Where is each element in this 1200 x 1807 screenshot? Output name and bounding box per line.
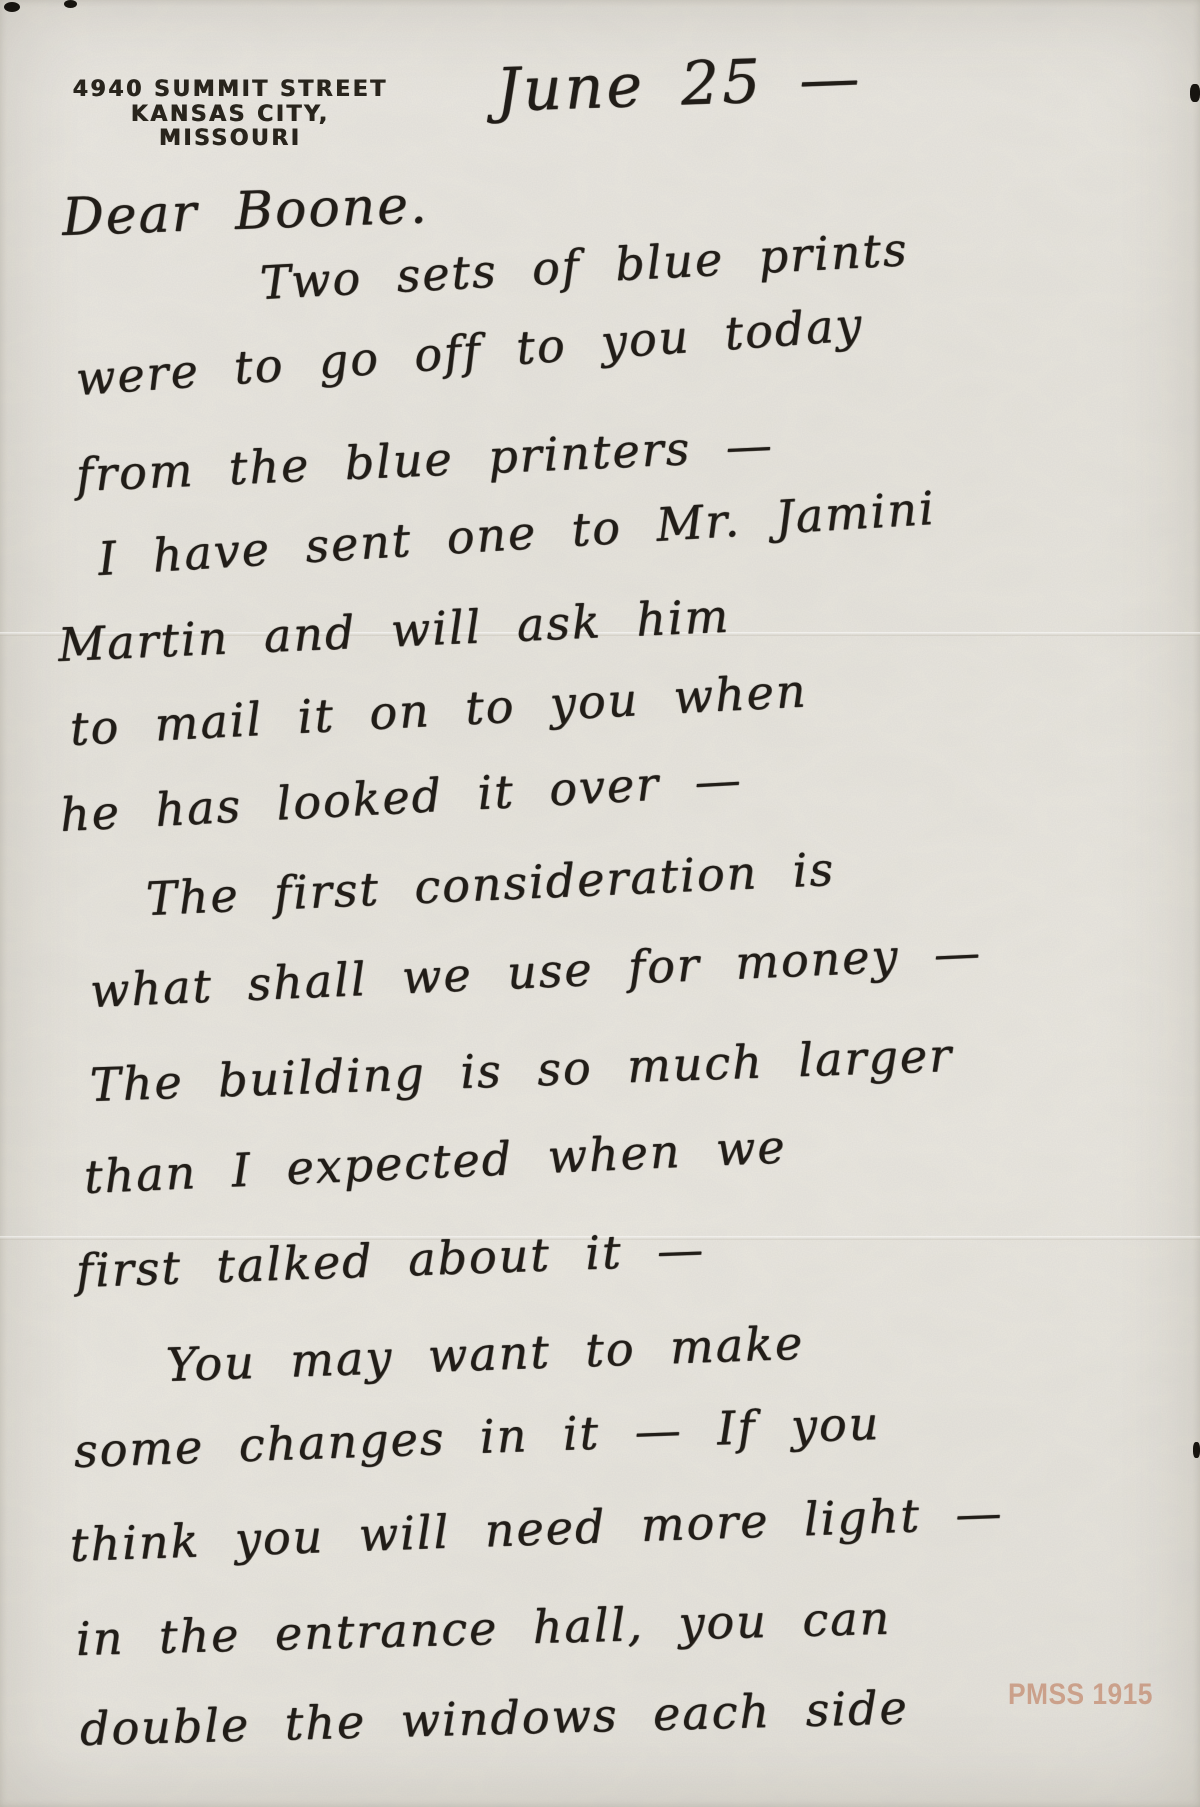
scan-artifact-speck bbox=[1193, 1442, 1200, 1458]
letter-line: were to go off to you today bbox=[74, 297, 865, 406]
salutation-line: Dear Boone. bbox=[61, 175, 429, 248]
letter-line: than I expected when we bbox=[83, 1119, 788, 1204]
letterhead-city: KANSAS CITY, MISSOURI bbox=[70, 103, 390, 152]
letter-line: You may want to make bbox=[165, 1316, 805, 1392]
watermark-pmss: PMSS 1915 bbox=[1008, 1678, 1153, 1712]
letter-line: first talked about it — bbox=[75, 1222, 706, 1298]
letter-line: double the windows each side bbox=[79, 1680, 909, 1756]
letter-line: some changes in it — If you bbox=[73, 1396, 881, 1478]
letter-line: he has looked it over — bbox=[59, 752, 744, 842]
letter-line: what shall we use for money — bbox=[89, 925, 983, 1018]
letter-line: think you will need more light — bbox=[69, 1485, 1004, 1572]
letter-date: June 25 — bbox=[495, 43, 864, 126]
letter-line: The building is so much larger bbox=[89, 1028, 954, 1112]
letterhead-street: 4940 SUMMIT STREET bbox=[70, 78, 390, 103]
letter-line: The first consideration is bbox=[145, 842, 836, 926]
letter-page: 4940 SUMMIT STREET KANSAS CITY, MISSOURI… bbox=[0, 0, 1200, 1807]
letterhead-address: 4940 SUMMIT STREET KANSAS CITY, MISSOURI bbox=[70, 78, 390, 152]
letter-line: I have sent one to Mr. Jamini bbox=[96, 481, 937, 586]
letter-line: from the blue printers — bbox=[75, 418, 775, 502]
scan-artifact-speck bbox=[1190, 84, 1200, 102]
letter-line: Martin and will ask him bbox=[57, 589, 731, 672]
letter-line: to mail it on to you when bbox=[69, 663, 809, 756]
scan-artifact-speck bbox=[4, 2, 20, 12]
letter-line: in the entrance hall, you can bbox=[75, 1591, 891, 1666]
scan-artifact-speck bbox=[64, 0, 77, 8]
